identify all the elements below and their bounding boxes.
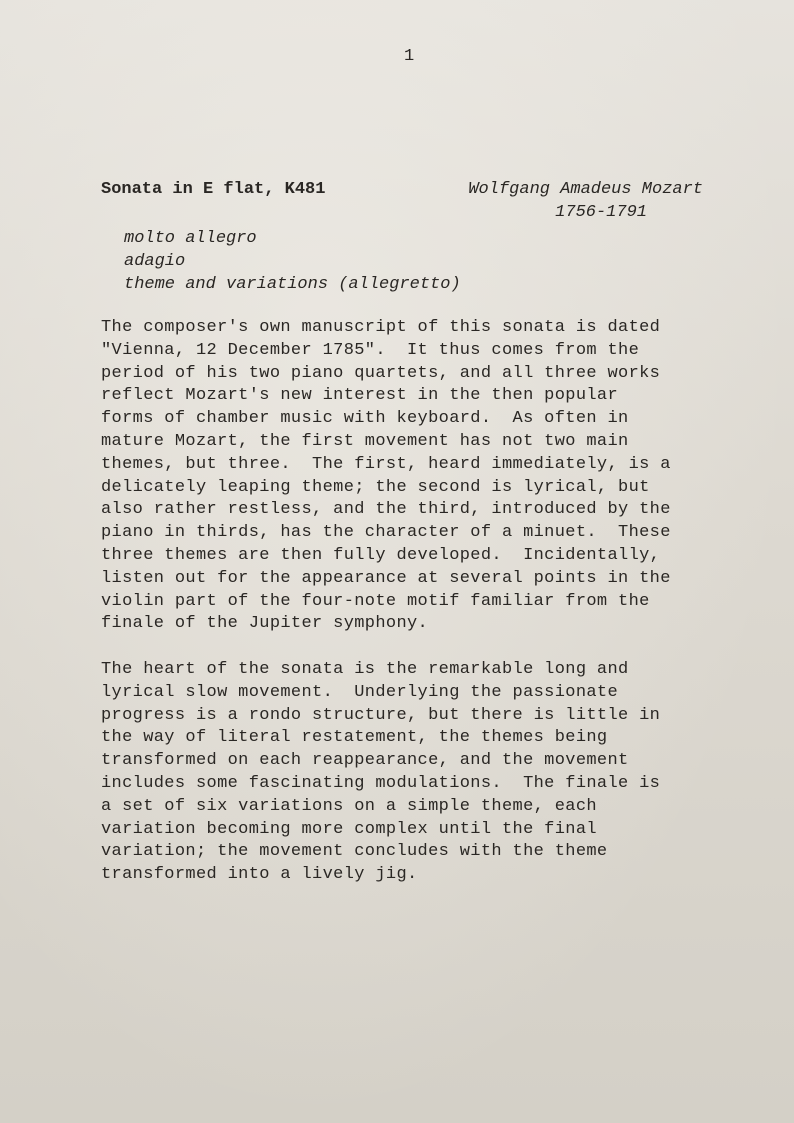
work-title: Sonata in E flat, K481 bbox=[101, 180, 325, 199]
text-line: reflect Mozart's new interest in the the… bbox=[101, 385, 671, 408]
paragraph-2: The heart of the sonata is the remarkabl… bbox=[101, 659, 660, 887]
composer-dates: 1756-1791 bbox=[555, 203, 647, 222]
text-line: lyrical slow movement. Underlying the pa… bbox=[101, 682, 660, 705]
page-number: 1 bbox=[404, 47, 414, 66]
text-line: The composer's own manuscript of this so… bbox=[101, 317, 671, 340]
text-line: "Vienna, 12 December 1785". It thus come… bbox=[101, 340, 671, 363]
text-line: violin part of the four-note motif famil… bbox=[101, 591, 671, 614]
text-line: The heart of the sonata is the remarkabl… bbox=[101, 659, 660, 682]
text-line: also rather restless, and the third, int… bbox=[101, 499, 671, 522]
text-line: period of his two piano quartets, and al… bbox=[101, 363, 671, 386]
text-line: three themes are then fully developed. I… bbox=[101, 545, 671, 568]
document-page: 1 Sonata in E flat, K481 Wolfgang Amadeu… bbox=[0, 0, 794, 1123]
program-note-header: Sonata in E flat, K481 Wolfgang Amadeus … bbox=[101, 180, 711, 230]
text-line: includes some fascinating modulations. T… bbox=[101, 773, 660, 796]
text-line: finale of the Jupiter symphony. bbox=[101, 613, 671, 636]
text-line: listen out for the appearance at several… bbox=[101, 568, 671, 591]
text-line: forms of chamber music with keyboard. As… bbox=[101, 408, 671, 431]
text-line: transformed on each reappearance, and th… bbox=[101, 750, 660, 773]
composer-name: Wolfgang Amadeus Mozart bbox=[468, 180, 703, 199]
text-line: a set of six variations on a simple them… bbox=[101, 796, 660, 819]
text-line: mature Mozart, the first movement has no… bbox=[101, 431, 671, 454]
movement-item: molto allegro bbox=[124, 227, 461, 250]
text-line: variation becoming more complex until th… bbox=[101, 819, 660, 842]
text-line: piano in thirds, has the character of a … bbox=[101, 522, 671, 545]
text-line: delicately leaping theme; the second is … bbox=[101, 477, 671, 500]
text-line: progress is a rondo structure, but there… bbox=[101, 705, 660, 728]
movement-list: molto allegro adagio theme and variation… bbox=[124, 227, 461, 296]
text-line: the way of literal restatement, the them… bbox=[101, 727, 660, 750]
text-line: variation; the movement concludes with t… bbox=[101, 841, 660, 864]
movement-item: theme and variations (allegretto) bbox=[124, 273, 461, 296]
paragraph-1: The composer's own manuscript of this so… bbox=[101, 317, 671, 636]
movement-item: adagio bbox=[124, 250, 461, 273]
text-line: transformed into a lively jig. bbox=[101, 864, 660, 887]
text-line: themes, but three. The first, heard imme… bbox=[101, 454, 671, 477]
